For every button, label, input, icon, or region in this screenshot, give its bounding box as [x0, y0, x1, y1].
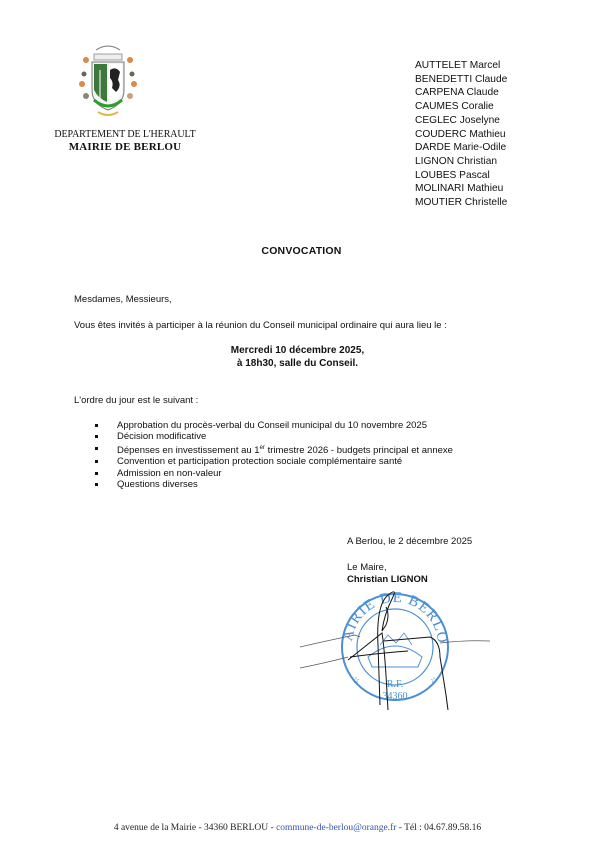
agenda-item: Décision modificative [95, 431, 453, 442]
coat-of-arms-icon [72, 40, 144, 124]
recipient: AUTTELET Marcel [415, 59, 507, 73]
bullet-icon [95, 483, 98, 486]
signer-name: Christian LIGNON [347, 574, 428, 585]
document-title: CONVOCATION [0, 245, 595, 257]
recipient: DARDE Marie-Odile [415, 141, 507, 155]
bullet-icon [95, 460, 98, 463]
recipient-list: AUTTELET Marcel BENEDETTI Claude CARPENA… [415, 59, 507, 210]
official-stamp-icon: MAIRIE DE BERLOU R.F. 34360 ☆ ☆ [300, 585, 490, 710]
agenda-item: Approbation du procès-verbal du Conseil … [95, 420, 453, 431]
agenda-intro: L'ordre du jour est le suivant : [74, 395, 198, 406]
recipient: CARPENA Claude [415, 86, 507, 100]
recipient: CEGLEC Joselyne [415, 114, 507, 128]
stamp-bottom-text: 34360 [383, 691, 408, 702]
recipient: COUDERC Mathieu [415, 128, 507, 142]
recipient: LIGNON Christian [415, 155, 507, 169]
svg-text:☆: ☆ [352, 675, 360, 685]
bullet-icon [95, 447, 98, 450]
stamp-center-text: R.F. [387, 679, 403, 690]
meeting-time-place: à 18h30, salle du Conseil. [0, 358, 595, 369]
agenda-item: Admission en non-valeur [95, 468, 453, 479]
agenda-item: Questions diverses [95, 479, 453, 490]
recipient: BENEDETTI Claude [415, 73, 507, 87]
agenda-list: Approbation du procès-verbal du Conseil … [95, 420, 453, 491]
place-date: A Berlou, le 2 décembre 2025 [347, 536, 472, 547]
footer: 4 avenue de la Mairie - 34360 BERLOU - c… [0, 823, 595, 833]
mairie-name: MAIRIE DE BERLOU [30, 141, 220, 153]
bullet-icon [95, 424, 98, 427]
invitation-text: Vous êtes invités à participer à la réun… [74, 320, 447, 331]
meeting-date: Mercredi 10 décembre 2025, [0, 345, 595, 356]
signer-role: Le Maire, [347, 562, 387, 573]
recipient: MOLINARI Mathieu [415, 182, 507, 196]
bullet-icon [95, 435, 98, 438]
svg-text:☆: ☆ [430, 675, 438, 685]
greeting: Mesdames, Messieurs, [74, 294, 172, 305]
agenda-item: Dépenses en investissement au 1er trimes… [95, 443, 453, 457]
department-name: DEPARTEMENT DE L'HERAULT [30, 129, 220, 140]
recipient: CAUMES Coralie [415, 100, 507, 114]
recipient: MOUTIER Christelle [415, 196, 507, 210]
agenda-item: Convention et participation protection s… [95, 456, 453, 467]
bullet-icon [95, 472, 98, 475]
footer-email-link[interactable]: commune-de-berlou@orange.fr [276, 823, 396, 833]
recipient: LOUBES Pascal [415, 169, 507, 183]
footer-phone: - Tél : 04.67.89.58.16 [396, 823, 481, 833]
footer-address: 4 avenue de la Mairie - 34360 BERLOU - [114, 823, 276, 833]
